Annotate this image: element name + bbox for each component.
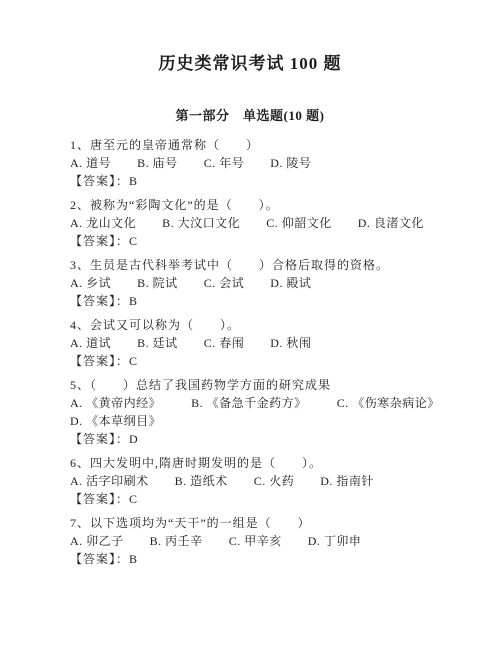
question-text: 4、会试又可以称为（ ）。 [70, 316, 442, 334]
answer-value: C [129, 234, 138, 248]
answer-value: B [129, 174, 138, 188]
option-row: A. 活字印刷术 B. 造纸术 C. 火药 D. 指南针 [70, 472, 442, 490]
option-a: A. 乡试 [70, 274, 111, 292]
question-7: 7、以下选项均为“天干”的一组是（ ） A. 卯乙子 B. 丙壬辛 C. 甲辛亥… [70, 514, 442, 568]
answer-label: 【答案】： [70, 234, 129, 248]
answer-line: 【答案】：C [70, 352, 442, 370]
option-b: B. 庙号 [137, 154, 178, 172]
answer-line: 【答案】：C [70, 232, 442, 250]
answer-line: 【答案】：C [70, 490, 442, 508]
option-d: D. 良渚文化 [358, 214, 424, 232]
question-text: 2、被称为“彩陶文化”的是（ ）。 [70, 196, 442, 214]
answer-label: 【答案】： [70, 174, 129, 188]
answer-line: 【答案】：B [70, 550, 442, 568]
question-2: 2、被称为“彩陶文化”的是（ ）。 A. 龙山文化 B. 大汶口文化 C. 仰韶… [70, 196, 442, 250]
document-page: 历史类常识考试 100 题 第一部分 单选题(10 题) 1、唐至元的皇帝通常称… [0, 0, 500, 647]
question-text: 6、四大发明中,隋唐时期发明的是（ ）。 [70, 454, 442, 472]
option-b: B. 造纸术 [175, 472, 228, 490]
option-d: D. 丁卯申 [308, 532, 362, 550]
option-a: A. 道号 [70, 154, 111, 172]
answer-label: 【答案】： [70, 294, 129, 308]
option-a: A. 龙山文化 [70, 214, 136, 232]
question-text: 1、唐至元的皇帝通常称（ ） [70, 136, 442, 154]
option-row: A. 卯乙子 B. 丙壬辛 C. 甲辛亥 D. 丁卯申 [70, 532, 442, 550]
option-b: B. 《备急千金药方》 [191, 394, 307, 412]
option-d: D. 指南针 [320, 472, 374, 490]
question-text: 3、生员是古代科举考试中（ ）合格后取得的资格。 [70, 256, 442, 274]
option-row: A. 道号 B. 庙号 C. 年号 D. 陵号 [70, 154, 442, 172]
option-row: A. 《黄帝内经》 B. 《备急千金药方》 C. 《伤寒杂病论》 [70, 394, 442, 412]
answer-line: 【答案】：B [70, 172, 442, 190]
question-1: 1、唐至元的皇帝通常称（ ） A. 道号 B. 庙号 C. 年号 D. 陵号 【… [70, 136, 442, 190]
option-c: C. 年号 [204, 154, 245, 172]
option-c: C. 春闱 [204, 334, 245, 352]
answer-line: 【答案】：D [70, 430, 442, 448]
option-a: A. 活字印刷术 [70, 472, 149, 490]
document-title: 历史类常识考试 100 题 [0, 0, 500, 74]
question-5: 5、（ ）总结了我国药物学方面的研究成果 A. 《黄帝内经》 B. 《备急千金药… [70, 376, 442, 448]
option-row: A. 道试 B. 廷试 C. 春闱 D. 秋闱 [70, 334, 442, 352]
answer-label: 【答案】： [70, 552, 129, 566]
option-a: A. 道试 [70, 334, 111, 352]
question-6: 6、四大发明中,隋唐时期发明的是（ ）。 A. 活字印刷术 B. 造纸术 C. … [70, 454, 442, 508]
answer-value: D [129, 432, 139, 446]
question-4: 4、会试又可以称为（ ）。 A. 道试 B. 廷试 C. 春闱 D. 秋闱 【答… [70, 316, 442, 370]
option-d: D. 殿试 [270, 274, 311, 292]
option-c: C. 火药 [254, 472, 295, 490]
option-b: B. 大汶口文化 [162, 214, 240, 232]
section-heading: 第一部分 单选题(10 题) [0, 108, 500, 124]
option-c: C. 会试 [204, 274, 245, 292]
option-d: D. 陵号 [270, 154, 311, 172]
option-a: A. 卯乙子 [70, 532, 124, 550]
question-3: 3、生员是古代科举考试中（ ）合格后取得的资格。 A. 乡试 B. 院试 C. … [70, 256, 442, 310]
option-row: A. 龙山文化 B. 大汶口文化 C. 仰韶文化 D. 良渚文化 [70, 214, 442, 232]
answer-label: 【答案】： [70, 354, 129, 368]
answer-value: C [129, 492, 138, 506]
option-d: D. 《本草纲目》 [70, 412, 161, 430]
option-c: C. 仰韶文化 [266, 214, 332, 232]
answer-label: 【答案】： [70, 432, 129, 446]
option-c: C. 甲辛亥 [229, 532, 282, 550]
option-b: B. 院试 [137, 274, 178, 292]
option-row: D. 《本草纲目》 [70, 412, 442, 430]
question-list: 1、唐至元的皇帝通常称（ ） A. 道号 B. 庙号 C. 年号 D. 陵号 【… [70, 136, 442, 568]
option-d: D. 秋闱 [270, 334, 311, 352]
question-text: 7、以下选项均为“天干”的一组是（ ） [70, 514, 442, 532]
answer-line: 【答案】：B [70, 292, 442, 310]
answer-value: B [129, 294, 138, 308]
answer-value: B [129, 552, 138, 566]
answer-value: C [129, 354, 138, 368]
option-row: A. 乡试 B. 院试 C. 会试 D. 殿试 [70, 274, 442, 292]
option-a: A. 《黄帝内经》 [70, 394, 161, 412]
option-c: C. 《伤寒杂病论》 [337, 394, 440, 412]
option-b: B. 廷试 [137, 334, 178, 352]
question-text: 5、（ ）总结了我国药物学方面的研究成果 [70, 376, 442, 394]
option-b: B. 丙壬辛 [150, 532, 203, 550]
answer-label: 【答案】： [70, 492, 129, 506]
